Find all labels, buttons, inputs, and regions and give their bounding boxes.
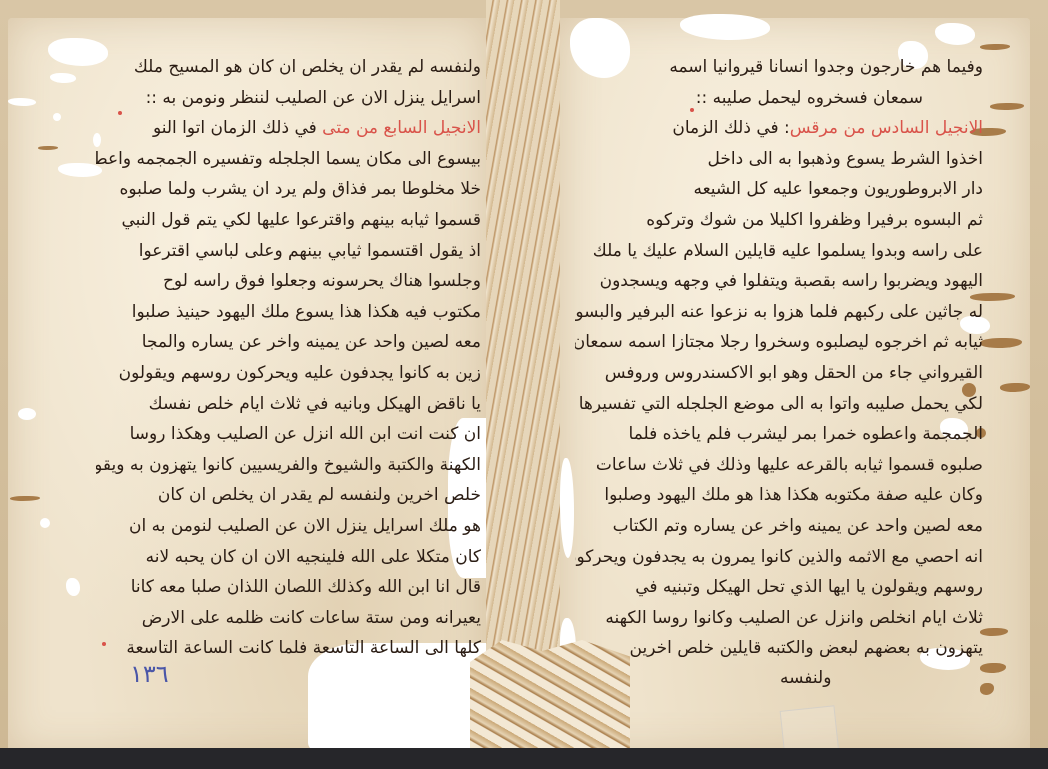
text-line: اذ يقول اقتسموا ثيابي بينهم وعلى لباسي ا… bbox=[96, 236, 481, 267]
damage-hole bbox=[18, 408, 36, 420]
text-line: خلص اخرين ولنفسه لم يقدر ان يخلص ان كان bbox=[96, 480, 481, 511]
text-line-rubric: الانجيل السابع من متى في ذلك الزمان اتوا… bbox=[96, 113, 481, 144]
catchword: ولنفسه bbox=[780, 668, 831, 688]
left-page-text: ولنفسه لم يقدر ان يخلص ان كان هو المسيح … bbox=[96, 52, 481, 664]
text-line: يا ناقض الهيكل وبانيه في ثلاث ايام خلص ن… bbox=[96, 389, 481, 420]
text-line: له جاثين على ركبهم فلما هزوا به نزعوا عن… bbox=[575, 297, 983, 328]
text-line: ثيابه ثم اخرجوه ليصلبوه وسخروا رجلا مجتا… bbox=[575, 327, 983, 358]
stain bbox=[1000, 383, 1030, 392]
damage-hole bbox=[680, 14, 770, 40]
damage-hole bbox=[53, 113, 61, 121]
text-line: على راسه وبدوا يسلموا عليه قايلين السلام… bbox=[575, 236, 983, 267]
text-line: دار الابروطوريون وجمعوا عليه كل الشيعه bbox=[575, 174, 983, 205]
text-line: ان كنت انت ابن الله انزل عن الصليب وهكذا… bbox=[96, 419, 481, 450]
rubric-dot bbox=[690, 108, 694, 112]
background-edge bbox=[0, 748, 1048, 769]
stain bbox=[38, 146, 58, 150]
text-line: روسهم ويقولون يا ايها الذي تحل الهيكل وت… bbox=[575, 572, 983, 603]
rubric-dot bbox=[102, 642, 106, 646]
text-line: وفيما هم خارجون وجدوا انسانا قيروانيا اس… bbox=[575, 52, 983, 83]
rubric-heading: الانجيل السابع من متى bbox=[322, 118, 481, 138]
text-line: ثم البسوه برفيرا وظفروا اكليلا من شوك وت… bbox=[575, 205, 983, 236]
stain bbox=[980, 44, 1010, 50]
damage-hole bbox=[50, 73, 76, 83]
stain bbox=[980, 663, 1006, 673]
text-line: وجلسوا هناك يحرسونه وجعلوا فوق راسه لوح bbox=[96, 266, 481, 297]
damage-hole bbox=[40, 518, 50, 528]
text-line: يتهزون به بعضهم لبعض والكتبه قايلين خلص … bbox=[575, 633, 983, 664]
rubric-heading: الانجيل السادس من مرقس bbox=[790, 118, 983, 138]
text-line: معه لصين واحد عن يمينه واخر عن يساره وتم… bbox=[575, 511, 983, 542]
stain bbox=[980, 683, 994, 695]
text-line: مكتوب فيه هكذا هذا يسوع ملك اليهود حينيذ… bbox=[96, 297, 481, 328]
text-line: لكي يحمل صليبه واتوا به الى موضع الجلجله… bbox=[575, 389, 983, 420]
text-line: كان متكلا على الله فلينجيه الان ان كان ي… bbox=[96, 542, 481, 573]
text-line: خلا مخلوطا بمر فذاق ولم يرد ان يشرب ولما… bbox=[96, 174, 481, 205]
text-line: ثلاث ايام انخلص وانزل عن الصليب وكانوا ر… bbox=[575, 603, 983, 634]
text-line: هو ملك اسرايل ينزل الان عن الصليب لنومن … bbox=[96, 511, 481, 542]
rubric-dot bbox=[118, 111, 122, 115]
text-line: وكان عليه صفة مكتوبه هكذا هذا هو ملك الي… bbox=[575, 480, 983, 511]
text-line: سمعان فسخروه ليحمل صليبه :: bbox=[575, 83, 983, 114]
text-line-rubric: الانجيل السادس من مرقس: في ذلك الزمان bbox=[575, 113, 983, 144]
damage-hole bbox=[560, 458, 574, 558]
text-line: اليهود ويضربوا راسه بقصبة ويتفلوا في وجه… bbox=[575, 266, 983, 297]
text-line: الجمجمة واعطوه خمرا بمر ليشرب فلم ياخذه … bbox=[575, 419, 983, 450]
text-line: ولنفسه لم يقدر ان يخلص ان كان هو المسيح … bbox=[96, 52, 481, 83]
folio-number: ١٣٦ bbox=[130, 660, 169, 688]
stain bbox=[980, 338, 1022, 348]
text-line: اسرايل ينزل الان عن الصليب لننظر ونومن ب… bbox=[96, 83, 481, 114]
damage-hole bbox=[935, 23, 975, 45]
stain bbox=[10, 496, 40, 501]
text-line: زين به كانوا يجدفون عليه ويحركون روسهم و… bbox=[96, 358, 481, 389]
text-line: يعيرانه ومن ستة ساعات كانت ظلمه على الار… bbox=[96, 603, 481, 634]
right-page-text: وفيما هم خارجون وجدوا انسانا قيروانيا اس… bbox=[575, 52, 983, 664]
manuscript-spread: ولنفسه لم يقدر ان يخلص ان كان هو المسيح … bbox=[0, 0, 1048, 769]
stain bbox=[980, 628, 1008, 636]
text-line: اخذوا الشرط يسوع وذهبوا به الى داخل bbox=[575, 144, 983, 175]
text-line: معه لصين واحد عن يمينه واخر عن يساره وال… bbox=[96, 327, 481, 358]
damage-hole bbox=[66, 578, 80, 596]
text-line: انه احصي مع الاثمه والذين كانوا يمرون به… bbox=[575, 542, 983, 573]
text-line: القيرواني جاء من الحقل وهو ابو الاكسندرو… bbox=[575, 358, 983, 389]
text-line: بيسوع الى مكان يسما الجلجله وتفسيره الجم… bbox=[96, 144, 481, 175]
text-line: الكهنة والكتبة والشيوخ والفريسيين كانوا … bbox=[96, 450, 481, 481]
text-line: قسموا ثيابه بينهم واقترعوا عليها لكي يتم… bbox=[96, 205, 481, 236]
text-line: صلبوه قسموا ثيابه بالقرعه عليها وذلك في … bbox=[575, 450, 983, 481]
text-line: قال انا ابن الله وكذلك اللصان اللذان صلب… bbox=[96, 572, 481, 603]
damage-hole bbox=[8, 98, 36, 106]
stain bbox=[990, 103, 1024, 110]
